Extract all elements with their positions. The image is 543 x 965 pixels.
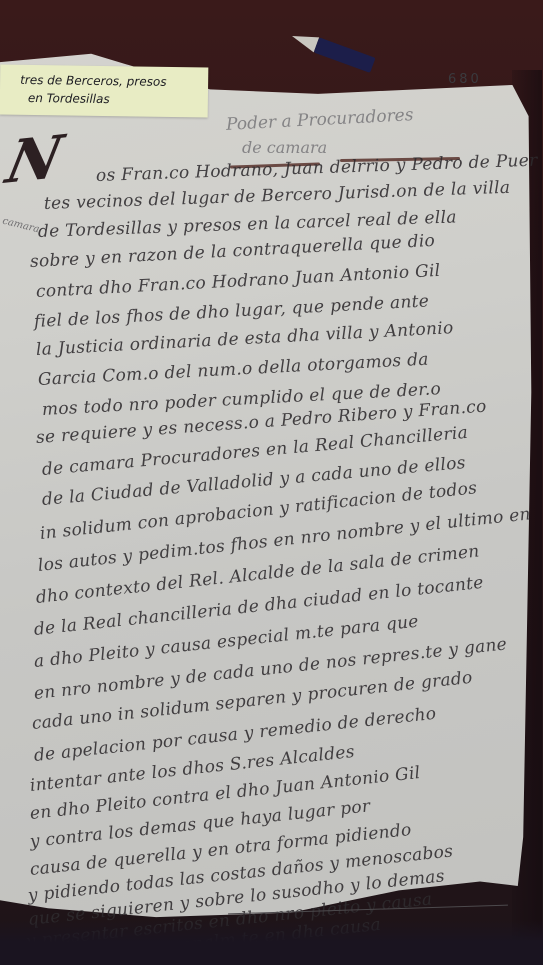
bottom-desk-shadow	[0, 920, 543, 965]
manuscript-body-text: os Fran.co Hodrano, Juan delrrio y Pedro…	[0, 0, 543, 965]
